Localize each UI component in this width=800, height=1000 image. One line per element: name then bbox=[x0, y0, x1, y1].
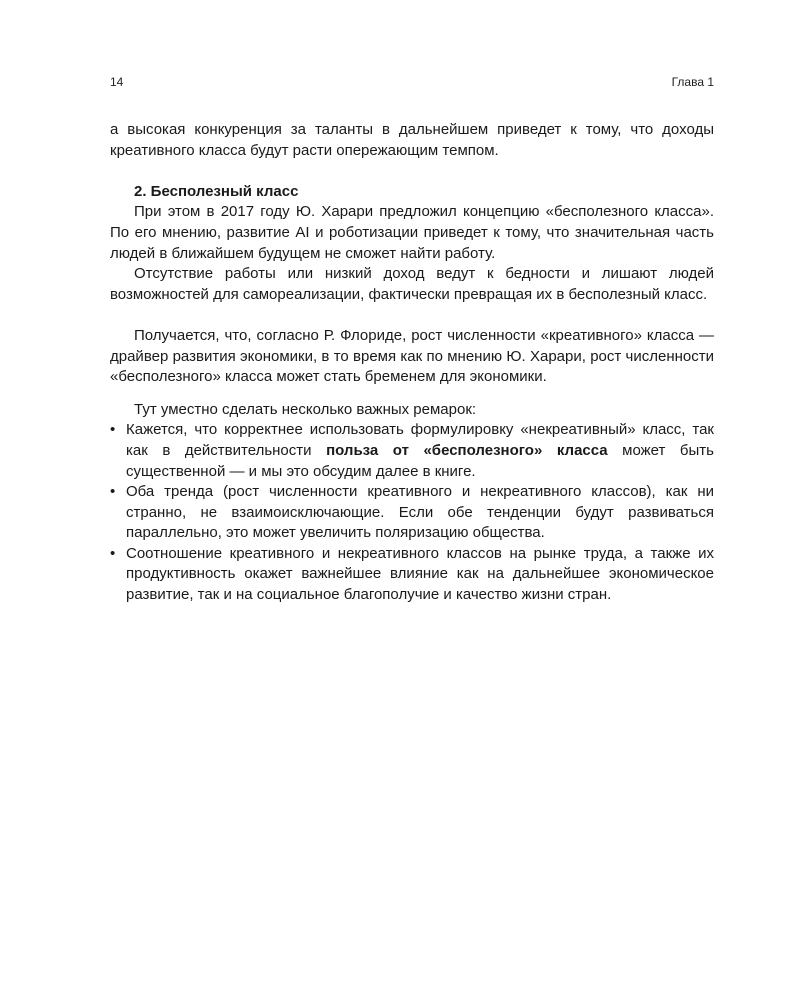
remarks-list: Кажется, что корректнее использовать фор… bbox=[110, 420, 714, 605]
page-body: а высокая конкуренция за таланты в дальн… bbox=[110, 120, 714, 606]
page-number: 14 bbox=[110, 74, 123, 90]
running-header: 14 Глава 1 bbox=[110, 74, 714, 90]
paragraph-continued: а высокая конкуренция за таланты в дальн… bbox=[110, 120, 714, 161]
list-item: Оба тренда (рост численности креативного… bbox=[110, 482, 714, 544]
bullet-text-bold: польза от «бесполез­ного» класса bbox=[326, 442, 608, 459]
bullet-text: Соотношение креативного и некреативного … bbox=[126, 545, 714, 603]
bullet-text: Оба тренда (рост численности креативного… bbox=[126, 483, 714, 541]
list-item: Соотношение креативного и некреативного … bbox=[110, 544, 714, 606]
paragraph-summary: Получается, что, согласно Р. Флориде, ро… bbox=[110, 326, 714, 388]
list-item: Кажется, что корректнее использовать фор… bbox=[110, 420, 714, 482]
chapter-label: Глава 1 bbox=[672, 74, 714, 90]
spacer bbox=[110, 305, 714, 326]
section-heading: 2. Бесполезный класс bbox=[110, 182, 714, 203]
paragraph-harari: При этом в 2017 году Ю. Харари предложил… bbox=[110, 202, 714, 264]
paragraph-poverty: Отсутствие работы или низкий доход ведут… bbox=[110, 264, 714, 305]
remarks-intro: Тут уместно сделать несколько важных рем… bbox=[110, 400, 714, 421]
spacer bbox=[110, 388, 714, 400]
spacer bbox=[110, 161, 714, 182]
